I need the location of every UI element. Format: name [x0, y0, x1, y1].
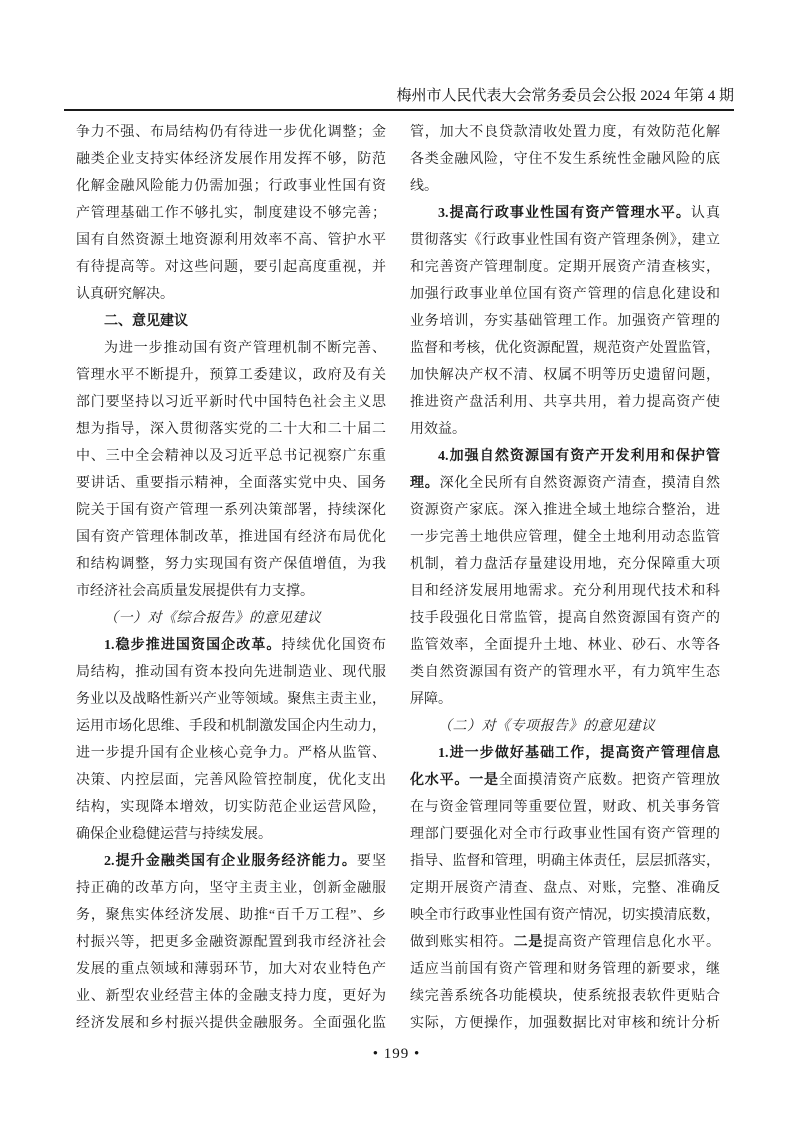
text-run: 做到账实相符。 [410, 935, 514, 950]
text-line: 各类金融风险，守住不发生系统性金融风险的底 [410, 146, 720, 173]
text-run: 持正确的改革方向，坚守主责主业，创新金融服 [76, 881, 386, 896]
text-run: 要坚 [357, 854, 386, 869]
text-line: 中、三中全会精神以及习近平总书记视察广东重 [76, 443, 386, 470]
text-line: 局结构，推动国有资本投向先进制造业、现代服 [76, 659, 386, 686]
text-line: 目和经济发展用地需求。充分利用现代技术和科 [410, 578, 720, 605]
text-run: 资源资产家底。深入推进全域土地综合整治，进 [410, 503, 720, 518]
text-line: 1.进一步做好基础工作，提高资产管理信息 [410, 740, 720, 767]
bold-run: 化水平。一是 [410, 773, 499, 788]
text-run: 务，聚焦实体经济发展、助推“百千万工程”、乡 [76, 908, 386, 923]
text-run: 映全市行政事业性国有资产情况，切实摸清底数， [410, 908, 720, 923]
text-run: 加快解决产权不清、权属不明等历史遗留问题， [410, 368, 720, 383]
text-line: 想为指导，深入贯彻落实党的二十大和二十届二 [76, 416, 386, 443]
text-line: 3.提高行政事业性国有资产管理水平。认真 [410, 200, 720, 227]
text-run: 争力不强、布局结构仍有待进一步优化调整；金 [76, 125, 386, 140]
bold-run: 2.提升金融类国有企业服务经济能力。 [104, 854, 357, 869]
text-run: 认真 [691, 206, 720, 221]
journal-title: 梅州市人民代表大会常务委员会公报 2024 年第 4 期 [396, 88, 734, 104]
text-line: 发展的重点领域和薄弱环节，加大对农业特色产 [76, 956, 386, 983]
text-line: 适应当前国有资产管理和财务管理的新要求，继 [410, 956, 720, 983]
text-run: 贯彻落实《行政事业性国有资产管理条例》，建立 [410, 233, 720, 248]
page-header: 梅州市人民代表大会常务委员会公报 2024 年第 4 期 [64, 86, 734, 106]
text-run: 决策、内控层面，完善风险管控制度，优化支出 [76, 773, 386, 788]
text-line: （一）对《综合报告》的意见建议 [76, 605, 386, 632]
text-run: 加强行政事业单位国有资产管理的信息化建设和 [410, 287, 720, 302]
text-run: 在与资金管理同等重要位置，财政、机关事务管 [410, 800, 720, 815]
text-run: 和结构调整，努力实现国有资产保值增值，为我 [76, 557, 386, 572]
text-line: 认真研究解决。 [76, 281, 386, 308]
bold-run: 1.稳步推进国资国企改革。 [104, 638, 282, 653]
text-run: 发展的重点领域和薄弱环节，加大对农业特色产 [76, 962, 386, 977]
text-line: 技手段强化日常监管，提高自然资源国有资产的 [410, 605, 720, 632]
text-line: 运用市场化思维、手段和机制激发国企内生动力， [76, 713, 386, 740]
text-line: 融类企业支持实体经济发展作用发挥不够，防范 [76, 146, 386, 173]
text-run: 管理水平不断提升，预算工委建议，政府及有关 [76, 368, 386, 383]
text-line: 村振兴等，把更多金融资源配置到我市经济社会 [76, 929, 386, 956]
text-line: 确保企业稳健运营与持续发展。 [76, 821, 386, 848]
text-line: 实际，方便操作，加强数据比对审核和统计分析 [410, 1010, 720, 1037]
text-run: 务业以及战略性新兴产业等领域。聚焦主责主业， [76, 692, 386, 707]
text-line: 国有资产管理体制改革，推进国有经济布局优化 [76, 524, 386, 551]
text-line: 理。深化全民所有自然资源资产清查，摸清自然 [410, 470, 720, 497]
text-run: 适应当前国有资产管理和财务管理的新要求，继 [410, 962, 720, 977]
text-line: 和完善资产管理制度。定期开展资产清查核实， [410, 254, 720, 281]
text-run: 用效益。 [410, 422, 466, 437]
text-line: 产管理基础工作不够扎实，制度建设不够完善； [76, 200, 386, 227]
bold-run: 理。 [410, 476, 440, 491]
text-line: 院关于国有资产管理一系列决策部署，持续深化 [76, 497, 386, 524]
text-line: 持正确的改革方向，坚守主责主业，创新金融服 [76, 875, 386, 902]
text-line: 部门要坚持以习近平新时代中国特色社会主义思 [76, 389, 386, 416]
text-run: 市经济社会高质量发展提供有力支撑。 [76, 584, 314, 599]
page-number: • 199 • [373, 1046, 421, 1062]
text-run: 一步完善土地供应管理，健全土地利用动态监管 [410, 530, 720, 545]
text-run: 确保企业稳健运营与持续发展。 [76, 827, 272, 842]
text-line: 市经济社会高质量发展提供有力支撑。 [76, 578, 386, 605]
text-run: 融类企业支持实体经济发展作用发挥不够，防范 [76, 152, 386, 167]
text-line: 为进一步推动国有资产管理机制不断完善、 [76, 335, 386, 362]
text-run: 运用市场化思维、手段和机制激发国企内生动力， [76, 719, 386, 734]
text-run: 全面摸清资产底数。把资产管理放 [499, 773, 720, 788]
text-line: 管理水平不断提升，预算工委建议，政府及有关 [76, 362, 386, 389]
text-run: 业务培训，夯实基础管理工作。加强资产管理的 [410, 314, 720, 329]
text-line: 要讲话、重要指示精神，全面落实党中央、国务 [76, 470, 386, 497]
text-line: 做到账实相符。二是提高资产管理信息化水平。 [410, 929, 720, 956]
text-run: 续完善系统各功能模块，使系统报表软件更贴合 [410, 989, 720, 1004]
bold-run: 二、意见建议 [104, 314, 188, 329]
text-line: 线。 [410, 173, 720, 200]
bold-run: 二是 [514, 935, 544, 950]
header-rule [64, 109, 734, 111]
text-run: 业、新型农业经营主体的金融支持力度，更好为 [76, 989, 386, 1004]
text-line: 理部门要强化对全市行政事业性国有资产管理的 [410, 821, 720, 848]
left-column: 争力不强、布局结构仍有待进一步优化调整；金融类企业支持实体经济发展作用发挥不够，… [76, 119, 386, 1037]
text-run: 指导、监督和管理，明确主体责任，层层抓落实， [410, 854, 720, 869]
text-line: 有待提高等。对这些问题，要引起高度重视，并 [76, 254, 386, 281]
text-run: 认真研究解决。 [76, 287, 174, 302]
kai-heading-run: （二）对《专项报告》的意见建议 [438, 719, 656, 734]
bold-run: 3.提高行政事业性国有资产管理水平。 [438, 206, 691, 221]
text-line: 用效益。 [410, 416, 720, 443]
text-line: 业、新型农业经营主体的金融支持力度，更好为 [76, 983, 386, 1010]
text-run: 提高资产管理信息化水平。 [543, 935, 720, 950]
text-line: 化解金融风险能力仍需加强；行政事业性国有资 [76, 173, 386, 200]
text-line: 1.稳步推进国资国企改革。持续优化国资布 [76, 632, 386, 659]
text-line: 监督和考核，优化资源配置，规范资产处置监管， [410, 335, 720, 362]
gazette-page: 梅州市人民代表大会常务委员会公报 2024 年第 4 期 争力不强、布局结构仍有… [0, 0, 793, 1122]
text-run: 推进资产盘活利用、共享共用，着力提高资产使 [410, 395, 720, 410]
text-run: 屏障。 [410, 692, 452, 707]
text-run: 国有自然资源土地资源利用效率不高、管护水平 [76, 233, 386, 248]
text-line: 务，聚焦实体经济发展、助推“百千万工程”、乡 [76, 902, 386, 929]
right-column: 管，加大不良贷款清收处置力度，有效防范化解各类金融风险，守住不发生系统性金融风险… [410, 119, 720, 1037]
text-run: 化解金融风险能力仍需加强；行政事业性国有资 [76, 179, 386, 194]
text-run: 监督和考核，优化资源配置，规范资产处置监管， [410, 341, 720, 356]
text-line: 加快解决产权不清、权属不明等历史遗留问题， [410, 362, 720, 389]
text-line: 2.提升金融类国有企业服务经济能力。要坚 [76, 848, 386, 875]
text-run: 局结构，推动国有资本投向先进制造业、现代服 [76, 665, 386, 680]
text-line: 务业以及战略性新兴产业等领域。聚焦主责主业， [76, 686, 386, 713]
text-line: 映全市行政事业性国有资产情况，切实摸清底数， [410, 902, 720, 929]
text-line: 结构，实现降本增效，切实防范企业运营风险， [76, 794, 386, 821]
bold-run: 1.进一步做好基础工作，提高资产管理信息 [438, 746, 720, 761]
text-line: 续完善系统各功能模块，使系统报表软件更贴合 [410, 983, 720, 1010]
text-run: 结构，实现降本增效，切实防范企业运营风险， [76, 800, 386, 815]
text-line: 定期开展资产清查、盘点、对账，完整、准确反 [410, 875, 720, 902]
text-line: 类自然资源国有资产的管理水平，有力筑牢生态 [410, 659, 720, 686]
text-line: 和结构调整，努力实现国有资产保值增值，为我 [76, 551, 386, 578]
text-run: 和完善资产管理制度。定期开展资产清查核实， [410, 260, 720, 275]
bold-run: 4.加强自然资源国有资产开发利用和保护管 [438, 449, 720, 464]
text-run: 机制，着力盘活存量建设用地，充分保障重大项 [410, 557, 720, 572]
text-line: 经济发展和乡村振兴提供金融服务。全面强化监 [76, 1010, 386, 1037]
text-line: 屏障。 [410, 686, 720, 713]
text-line: 贯彻落实《行政事业性国有资产管理条例》，建立 [410, 227, 720, 254]
text-line: 资源资产家底。深入推进全域土地综合整治，进 [410, 497, 720, 524]
text-run: 进一步提升国有企业核心竞争力。严格从监管、 [76, 746, 386, 761]
page-footer: • 199 • [0, 1046, 793, 1063]
text-run: 管，加大不良贷款清收处置力度，有效防范化解 [410, 125, 720, 140]
text-run: 经济发展和乡村振兴提供金融服务。全面强化监 [76, 1016, 386, 1031]
text-run: 国有资产管理体制改革，推进国有经济布局优化 [76, 530, 386, 545]
text-run: 持续优化国资布 [282, 638, 387, 653]
text-run: 想为指导，深入贯彻落实党的二十大和二十届二 [76, 422, 386, 437]
text-run: 各类金融风险，守住不发生系统性金融风险的底 [410, 152, 720, 167]
text-line: 机制，着力盘活存量建设用地，充分保障重大项 [410, 551, 720, 578]
text-line: 进一步提升国有企业核心竞争力。严格从监管、 [76, 740, 386, 767]
text-line: 监管效率，全面提升土地、林业、砂石、水等各 [410, 632, 720, 659]
text-run: 定期开展资产清查、盘点、对账，完整、准确反 [410, 881, 720, 896]
text-line: 指导、监督和管理，明确主体责任，层层抓落实， [410, 848, 720, 875]
text-line: 化水平。一是全面摸清资产底数。把资产管理放 [410, 767, 720, 794]
text-run: 产管理基础工作不够扎实，制度建设不够完善； [76, 206, 386, 221]
text-line: 国有自然资源土地资源利用效率不高、管护水平 [76, 227, 386, 254]
text-line: 推进资产盘活利用、共享共用，着力提高资产使 [410, 389, 720, 416]
text-line: 决策、内控层面，完善风险管控制度，优化支出 [76, 767, 386, 794]
text-line: 管，加大不良贷款清收处置力度，有效防范化解 [410, 119, 720, 146]
text-line: 争力不强、布局结构仍有待进一步优化调整；金 [76, 119, 386, 146]
two-column-content: 争力不强、布局结构仍有待进一步优化调整；金融类企业支持实体经济发展作用发挥不够，… [76, 119, 720, 1037]
text-run: 中、三中全会精神以及习近平总书记视察广东重 [76, 449, 386, 464]
text-run: 类自然资源国有资产的管理水平，有力筑牢生态 [410, 665, 720, 680]
text-line: 在与资金管理同等重要位置，财政、机关事务管 [410, 794, 720, 821]
text-run: 有待提高等。对这些问题，要引起高度重视，并 [76, 260, 386, 275]
kai-heading-run: （一）对《综合报告》的意见建议 [104, 611, 322, 626]
text-run: 村振兴等，把更多金融资源配置到我市经济社会 [76, 935, 386, 950]
text-run: 部门要坚持以习近平新时代中国特色社会主义思 [76, 395, 386, 410]
text-run: 目和经济发展用地需求。充分利用现代技术和科 [410, 584, 720, 599]
text-line: 业务培训，夯实基础管理工作。加强资产管理的 [410, 308, 720, 335]
text-line: 一步完善土地供应管理，健全土地利用动态监管 [410, 524, 720, 551]
text-run: 实际，方便操作，加强数据比对审核和统计分析 [410, 1016, 720, 1031]
text-run: 为进一步推动国有资产管理机制不断完善、 [104, 341, 386, 356]
text-run: 理部门要强化对全市行政事业性国有资产管理的 [410, 827, 720, 842]
text-line: （二）对《专项报告》的意见建议 [410, 713, 720, 740]
text-line: 加强行政事业单位国有资产管理的信息化建设和 [410, 281, 720, 308]
text-run: 监管效率，全面提升土地、林业、砂石、水等各 [410, 638, 720, 653]
text-run: 院关于国有资产管理一系列决策部署，持续深化 [76, 503, 386, 518]
text-run: 要讲话、重要指示精神，全面落实党中央、国务 [76, 476, 386, 491]
text-run: 技手段强化日常监管，提高自然资源国有资产的 [410, 611, 720, 626]
text-run: 深化全民所有自然资源资产清查，摸清自然 [440, 476, 720, 491]
text-line: 4.加强自然资源国有资产开发利用和保护管 [410, 443, 720, 470]
text-run: 线。 [410, 179, 438, 194]
text-line: 二、意见建议 [76, 308, 386, 335]
